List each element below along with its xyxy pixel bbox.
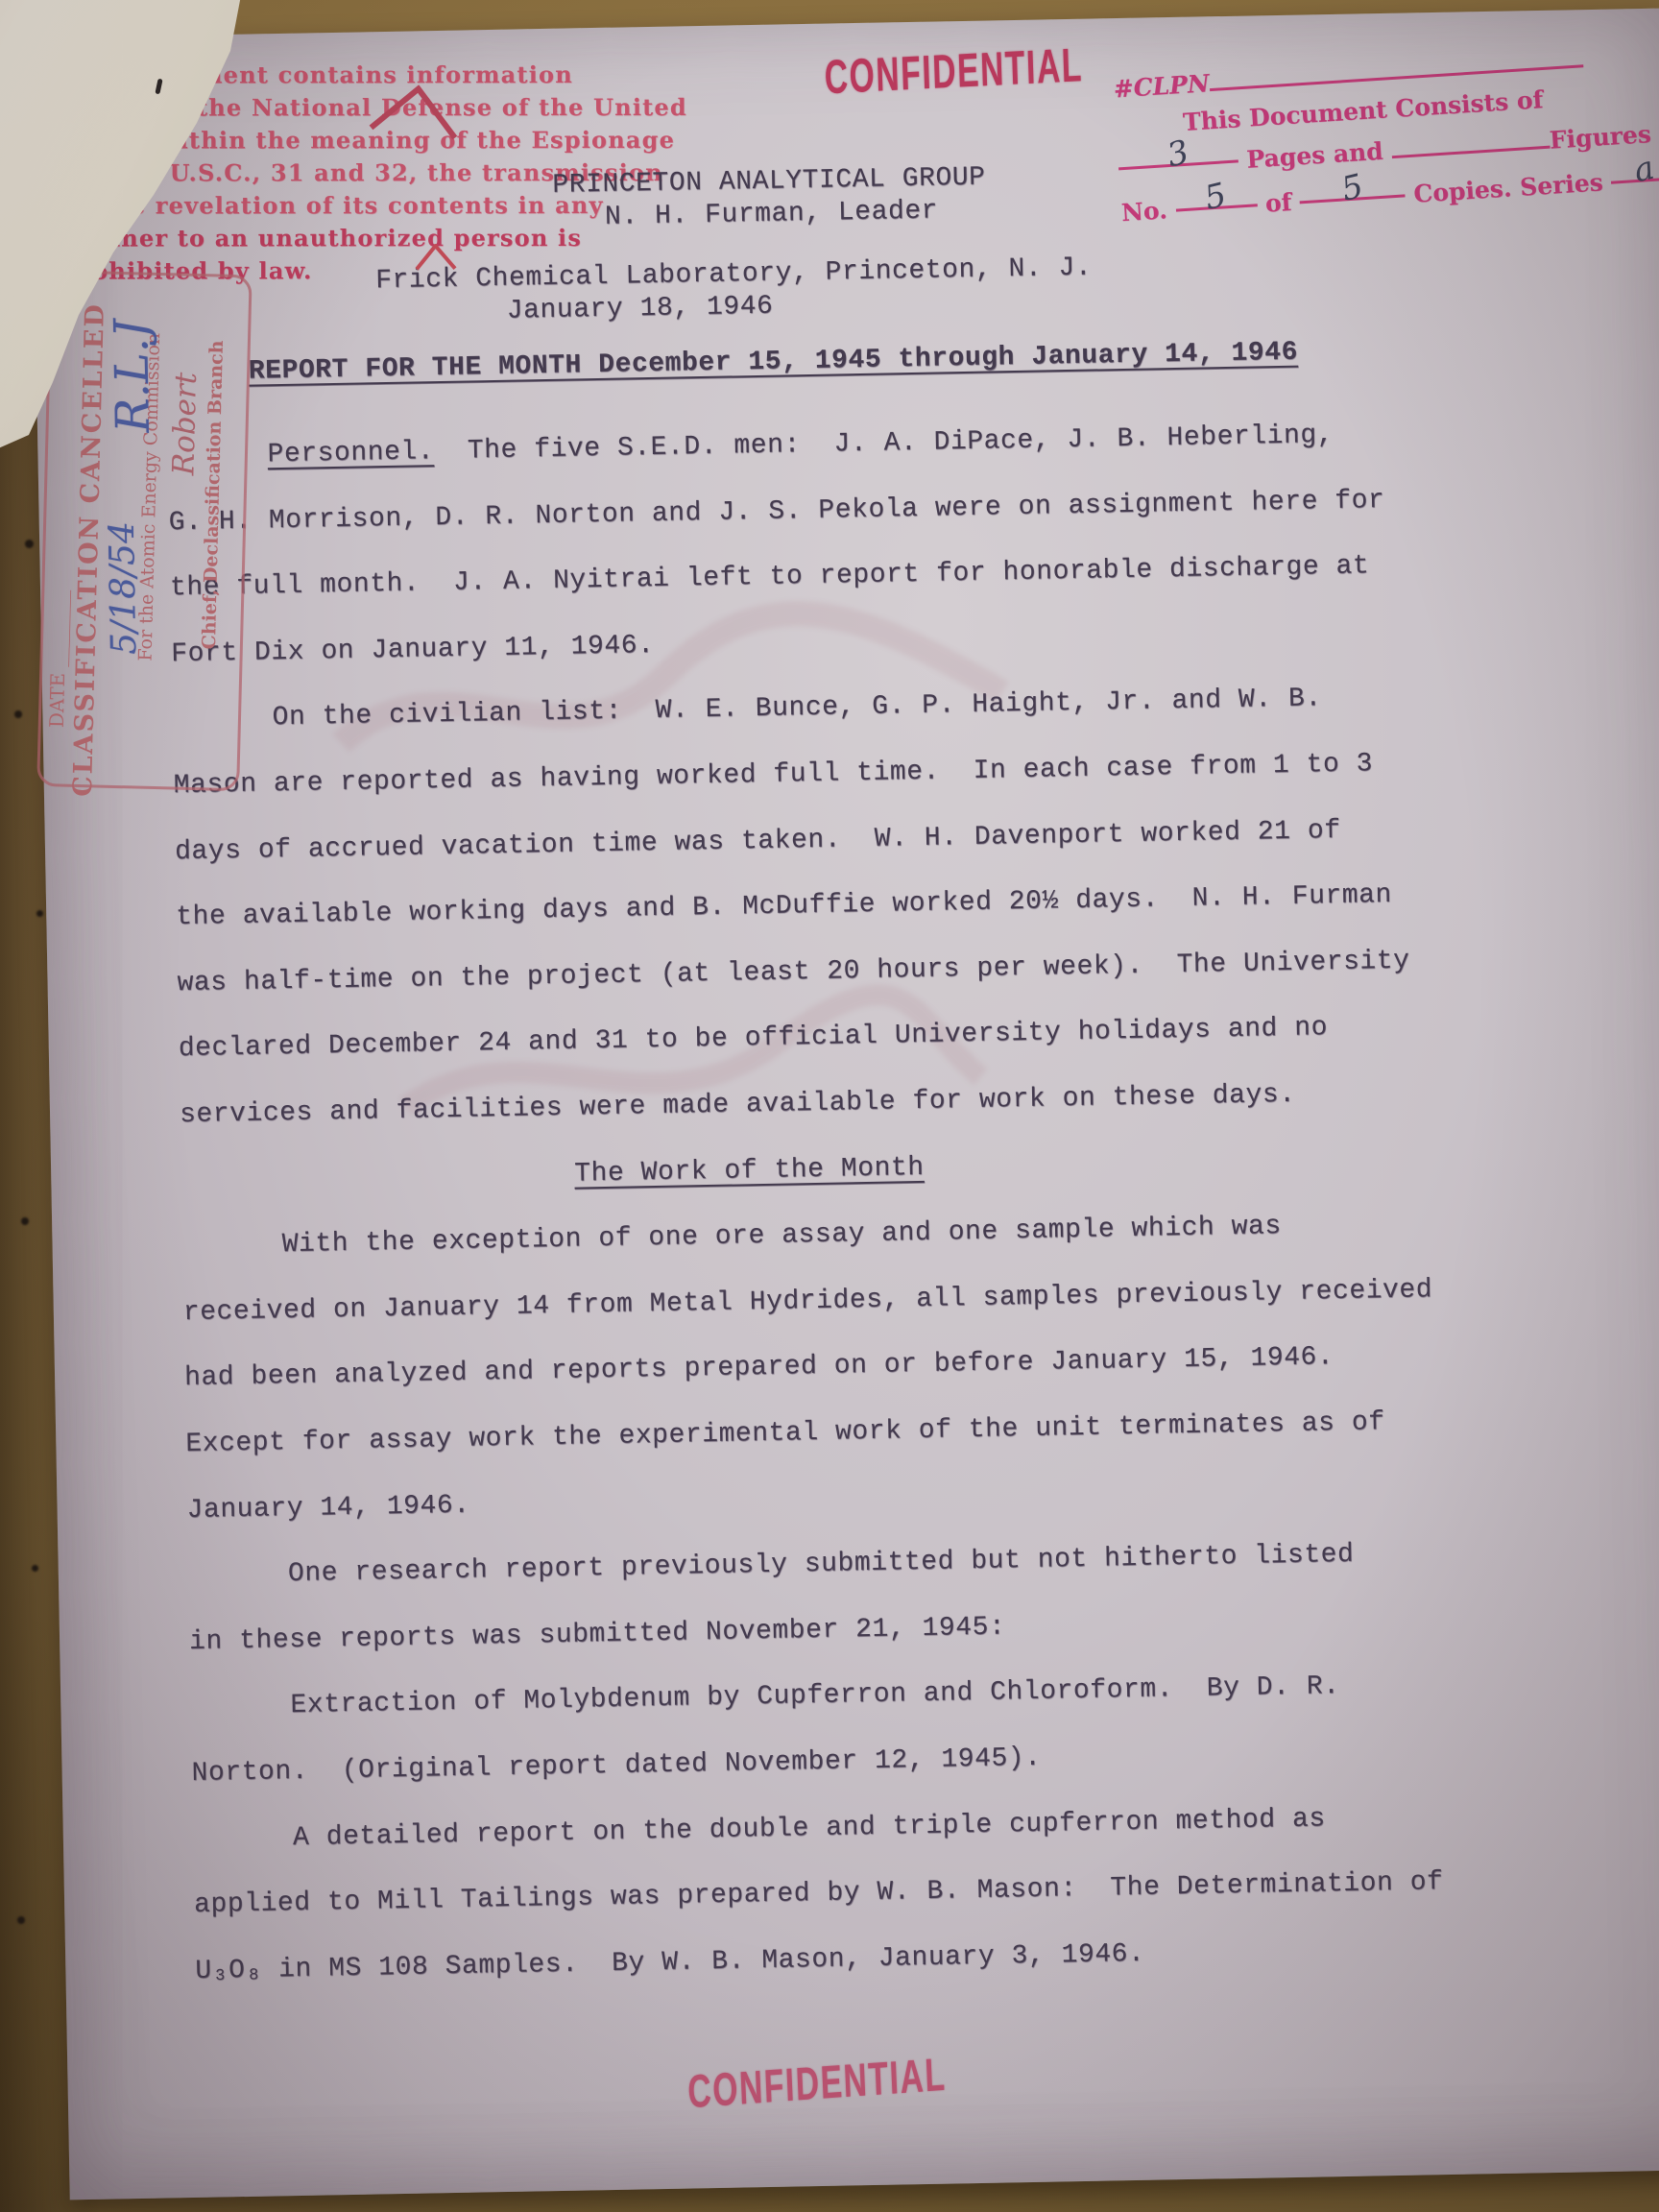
typed-line: in these reports was submitted November … <box>189 1614 1006 1656</box>
typed-line: was half-time on the project (at least 2… <box>177 949 1409 998</box>
typed-line: Mason are reported as having worked full… <box>174 751 1374 800</box>
typed-line: U₃O₈ in MS 108 Samples. By W. B. Mason, … <box>195 1941 1144 1985</box>
report-title: REPORT FOR THE MONTH December 15, 1945 t… <box>249 340 1299 386</box>
typed-line: declared December 24 and 31 to be offici… <box>179 1015 1329 1063</box>
film-speck <box>21 1217 29 1225</box>
typed-line: Extraction of Molybdenum by Cupferron an… <box>190 1673 1340 1721</box>
line-text: U₃O₈ in MS 108 Samples. By W. B. Mason, … <box>195 1939 1145 1986</box>
line-text: Mason are reported as having worked full… <box>174 749 1374 801</box>
typed-line: With the exception of one ore assay and … <box>181 1214 1282 1261</box>
line-text: A detailed report on the double and trip… <box>193 1804 1326 1855</box>
org-leader: N. H. Furman, Leader <box>605 198 939 230</box>
film-speck <box>25 540 34 548</box>
confidential-stamp-top: CONFIDENTIAL <box>824 37 1084 105</box>
document-sheet: This document contains informationaffect… <box>31 9 1659 2200</box>
date-label: DATE ________ <box>45 589 72 728</box>
blank-line <box>1209 43 1584 91</box>
film-speck <box>32 1565 38 1572</box>
handwritten-copies-total: 5 <box>1337 167 1366 209</box>
letter-date: January 18, 1946 <box>507 294 774 325</box>
clpn-label: #CLPN <box>1113 69 1211 103</box>
line-text: was half-time on the project (at least 2… <box>177 947 1409 999</box>
typed-line: Norton. (Original report dated November … <box>191 1745 1041 1788</box>
handwritten-date: 5/18/54 <box>103 521 145 656</box>
typed-line: Fort Dix on January 11, 1946. <box>171 633 655 668</box>
typed-line: A detailed report on the double and trip… <box>193 1806 1326 1854</box>
line-text: days of accrued vacation time was taken.… <box>175 816 1341 867</box>
signature-script: Robert <box>166 372 204 475</box>
no-label: No. <box>1120 196 1176 228</box>
handwritten-pages: 3 <box>1164 132 1192 175</box>
typed-line: On the civilian list: W. E. Bunce, G. P.… <box>172 685 1322 733</box>
line-text: had been analyzed and reports prepared o… <box>184 1342 1334 1393</box>
series-blank: a <box>1610 156 1659 183</box>
line-text: Fort Dix on January 11, 1946. <box>171 631 655 669</box>
line-text: services and facilities were made availa… <box>180 1080 1296 1130</box>
line-text: declared December 24 and 31 to be offici… <box>179 1013 1329 1064</box>
line-text: in these reports was submitted November … <box>189 1612 1006 1657</box>
line-text: With the exception of one ore assay and … <box>181 1212 1282 1262</box>
film-speck <box>36 910 43 917</box>
figures-blank <box>1390 125 1550 158</box>
handwritten-copy-no: 5 <box>1201 176 1230 218</box>
line-text: the full month. J. A. Nyitrai left to re… <box>170 551 1370 603</box>
line-text: Extraction of Molybdenum by Cupferron an… <box>190 1671 1340 1722</box>
typed-line: had been analyzed and reports prepared o… <box>184 1344 1334 1392</box>
caret-mark-icon <box>367 80 465 142</box>
document-consists-stamp: #CLPN This Document Consists of 3 Pages … <box>1113 43 1602 236</box>
underlined-text: Personnel. <box>267 437 434 469</box>
figures-label: Figures <box>1549 120 1652 155</box>
line-text: Norton. (Original report dated November … <box>191 1743 1041 1789</box>
film-speck <box>14 710 22 718</box>
line-text: received on January 14 from Metal Hydrid… <box>183 1275 1433 1328</box>
typed-line: applied to Mill Tailings was prepared by… <box>194 1869 1444 1919</box>
org-name: PRINCETON ANALYTICAL GROUP <box>552 165 986 200</box>
typed-line: Personnel. The five S.E.D. men: J. A. Di… <box>167 422 1334 470</box>
copies-total-blank: 5 <box>1299 173 1406 204</box>
underlined-text: The Work of the Month <box>574 1153 925 1190</box>
typed-line: services and facilities were made availa… <box>180 1082 1296 1129</box>
espionage-stamp-line: manner to an unauthorized person is <box>61 224 687 257</box>
line-text: The five S.E.D. men: J. A. DiPace, J. B.… <box>434 421 1334 467</box>
line-text: the available working days and B. McDuff… <box>176 880 1392 932</box>
ink-tick-mark <box>155 79 162 95</box>
handwritten-initials: R.L.J <box>105 319 160 433</box>
line-text: G. H. Morrison, D. R. Norton and J. S. P… <box>169 486 1385 538</box>
typed-line: the available working days and B. McDuff… <box>176 882 1392 931</box>
handwritten-series: a <box>1630 149 1658 191</box>
film-speck <box>17 1916 25 1924</box>
of-label: of <box>1256 187 1301 218</box>
typed-body: Personnel. The five S.E.D. men: J. A. Di… <box>31 9 1659 38</box>
section-heading: The Work of the Month <box>574 1155 925 1189</box>
pages-blank: 3 <box>1118 138 1238 170</box>
typed-line: One research report previously submitted… <box>188 1542 1355 1590</box>
typed-line: January 14, 1946. <box>186 1493 469 1525</box>
typed-line: received on January 14 from Metal Hydrid… <box>183 1277 1433 1327</box>
copy-no-blank: 5 <box>1174 182 1257 211</box>
confidential-stamp-bottom: CONFIDENTIAL <box>686 2048 947 2119</box>
line-text: Except for assay work the experimental w… <box>185 1407 1385 1459</box>
line-text: applied to Mill Tailings was prepared by… <box>194 1867 1444 1920</box>
typed-line: the full month. J. A. Nyitrai left to re… <box>170 553 1370 602</box>
typed-line: days of accrued vacation time was taken.… <box>175 818 1341 866</box>
line-text: On the civilian list: W. E. Bunce, G. P.… <box>172 684 1322 734</box>
pages-label: Pages and <box>1238 136 1392 174</box>
caret-mark-icon <box>415 244 458 272</box>
typed-line: G. H. Morrison, D. R. Norton and J. S. P… <box>169 488 1385 537</box>
line-text: One research report previously submitted… <box>188 1540 1355 1591</box>
copies-label: Copies. Series <box>1405 168 1612 209</box>
typed-line: Except for assay work the experimental w… <box>185 1409 1385 1458</box>
line-text: January 14, 1946. <box>186 1491 470 1526</box>
photo-background: This document contains informationaffect… <box>0 0 1659 2212</box>
